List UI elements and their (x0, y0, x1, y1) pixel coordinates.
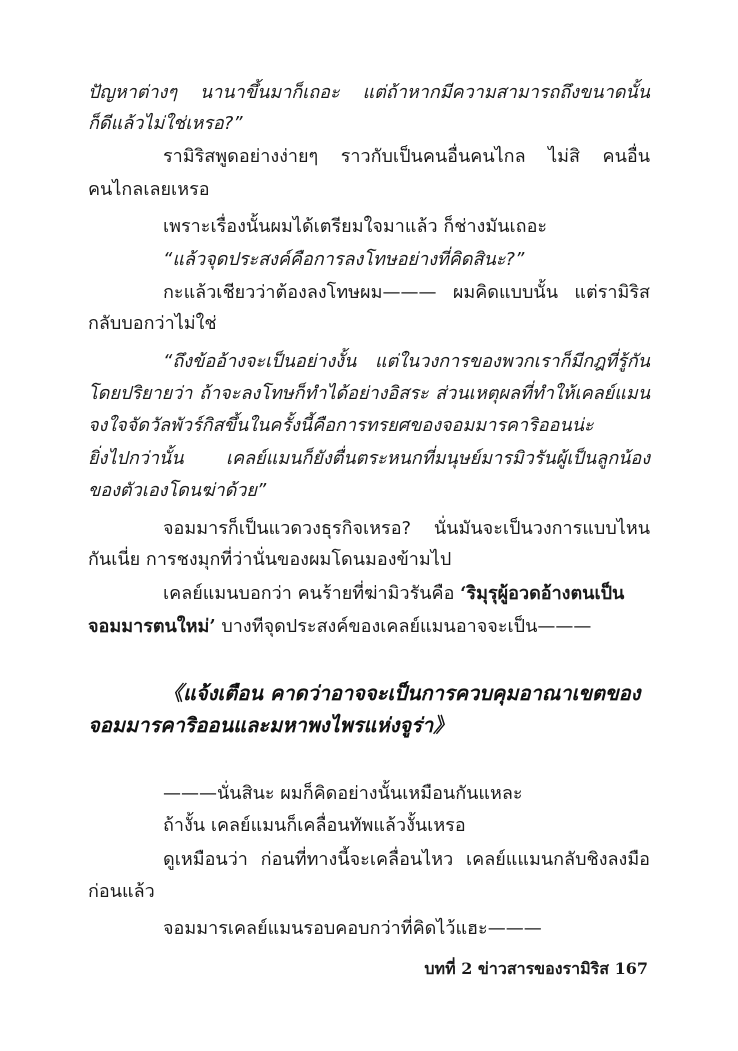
paragraph-line: กลับบอกว่าไม่ใช่ (88, 311, 650, 337)
dialogue-line: จงใจจัดวัลพัวร์กิสขึ้นในครั้งนี้คือการทร… (88, 413, 650, 439)
page-footer: บทที่ 2 ข่าวสารของรามิริส 167 (390, 957, 648, 981)
dialogue-line: “แล้วจุดประสงค์คือการลงโทษอย่างที่คิดสิน… (163, 247, 650, 273)
dialogue-line: โดยปริยายว่า ถ้าจะลงโทษก็ทำได้อย่างอิสระ… (88, 381, 650, 407)
paragraph-line: รามิริสพูดอย่างง่ายๆ ราวกับเป็นคนอื่นคนไ… (163, 144, 650, 170)
paragraph-line: ———นั่นสินะ ผมก็คิดอย่างนั้นเหมือนกันแหล… (163, 781, 650, 807)
paragraph-line: เพราะเรื่องนั้นผมได้เตรียมใจมาแล้ว ก็ช่า… (163, 214, 650, 240)
paragraph-line: ถ้างั้น เคลย์แมนก็เคลื่อนทัพแล้วงั้นเหรอ (163, 813, 650, 839)
system-warning-line: 《แจ้งเตือน คาดว่าอาจจะเป็นการควบคุมอาณาเ… (163, 679, 650, 707)
dialogue-line: ของตัวเองโดนฆ่าด้วย” (88, 478, 650, 504)
paragraph-line: กะแล้วเชียวว่าต้องลงโทษผม——— ผมคิดแบบนั้… (163, 280, 650, 306)
page-number: 167 (615, 959, 648, 978)
plain-text: บางทีจุดประสงค์ของเคลย์แมนอาจจะเป็น——— (216, 616, 592, 637)
chapter-title: บทที่ 2 ข่าวสารของรามิริส (424, 959, 609, 978)
bold-quote: จอมมารตนใหม่’ (88, 616, 216, 637)
plain-text: เคลย์แมนบอกว่า คนร้ายที่ฆ่ามิวรันคือ (163, 583, 460, 604)
paragraph-line: ปัญหาต่างๆ นานาขึ้นมาก็เถอะ แต่ถ้าหากมีค… (88, 80, 650, 106)
paragraph-line: จอมมารก็เป็นแวดวงธุรกิจเหรอ? นั่นมันจะเป… (163, 516, 650, 542)
paragraph-line: กันเนี่ย การชงมุกที่ว่านั่นของผมโดนมองข้… (88, 547, 650, 573)
system-warning-line: จอมมารคาริออนและมหาพงไพรแห่งจูร่า》 (88, 711, 650, 739)
paragraph-line: จอมมารตนใหม่’ บางทีจุดประสงค์ของเคลย์แมน… (88, 614, 650, 640)
paragraph-line: ก่อนแล้ว (88, 879, 650, 905)
bold-quote: ‘ริมุรุผู้อวดอ้างตนเป็น (460, 583, 624, 604)
paragraph-line: จอมมารเคลย์แมนรอบคอบกว่าที่คิดไว้แฮะ——— (163, 916, 650, 942)
paragraph-line: เคลย์แมนบอกว่า คนร้ายที่ฆ่ามิวรันคือ ‘ริ… (163, 581, 650, 607)
paragraph-line: ก็ดีแล้วไม่ใช่เหรอ?” (88, 111, 650, 137)
dialogue-line: “ถึงข้ออ้างจะเป็นอย่างงั้น แต่ในวงการของ… (163, 349, 650, 375)
paragraph-line: ดูเหมือนว่า ก่อนที่ทางนี้จะเคลื่อนไหว เค… (163, 847, 650, 873)
dialogue-line: ยิ่งไปกว่านั้น เคลย์แมนก็ยังตื่นตระหนกที… (88, 446, 650, 472)
book-page: ปัญหาต่างๆ นานาขึ้นมาก็เถอะ แต่ถ้าหากมีค… (0, 0, 738, 1051)
paragraph-line: คนไกลเลยเหรอ (88, 177, 650, 203)
